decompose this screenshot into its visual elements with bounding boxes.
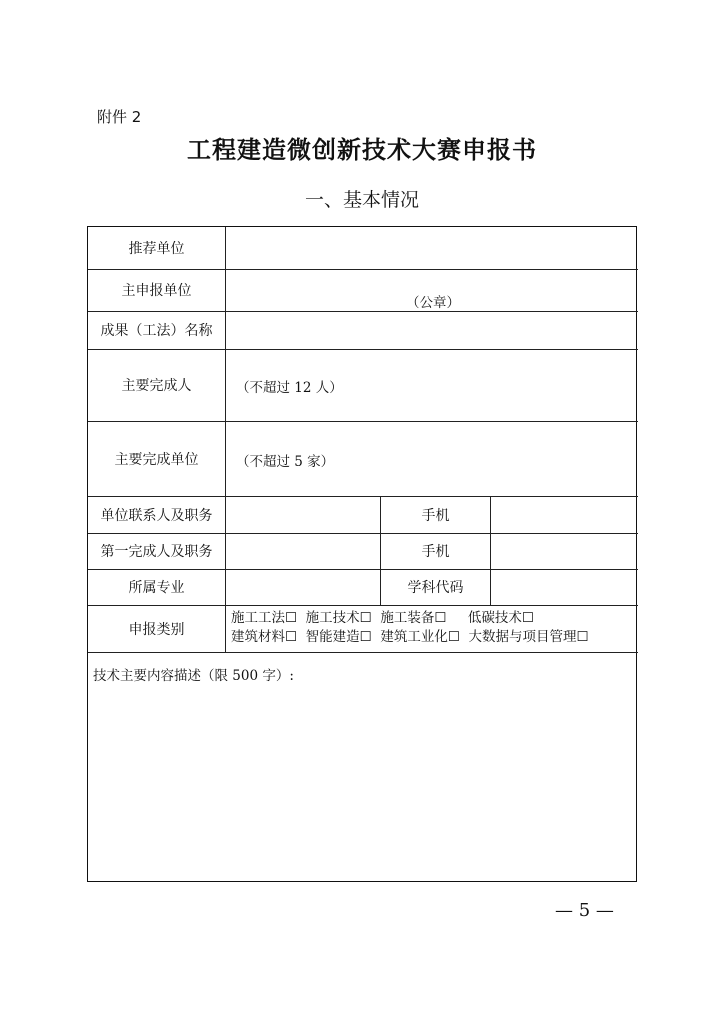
application-form-table: 推荐单位 主申报单位 （公章） 成果（工法）名称 主要完成人 （不超过 12 人… xyxy=(87,226,637,882)
label-first-completer: 第一完成人及职务 xyxy=(88,533,225,569)
label-specialty: 所属专业 xyxy=(88,569,225,605)
first-completer-field[interactable] xyxy=(226,533,380,569)
description-label: 技术主要内容描述（限 500 字）: xyxy=(93,664,294,684)
label-main-completers: 主要完成人 xyxy=(88,349,225,421)
subject-code-field[interactable] xyxy=(491,569,636,605)
category-checkboxes[interactable]: 施工工法☐ 施工技术☐ 施工装备☐ 低碳技术☐ 建筑材料☐ 智能建造☐ 建筑工业… xyxy=(231,609,589,647)
completers-limit-note: （不超过 12 人） xyxy=(236,376,343,396)
page-number: — 5 — xyxy=(555,900,614,921)
category-line-1[interactable]: 施工工法☐ 施工技术☐ 施工装备☐ 低碳技术☐ xyxy=(231,609,589,628)
label-achievement-name: 成果（工法）名称 xyxy=(88,311,225,349)
recommending-unit-field[interactable] xyxy=(226,227,636,269)
category-line-2[interactable]: 建筑材料☐ 智能建造☐ 建筑工业化☐ 大数据与项目管理☐ xyxy=(231,628,589,647)
label-recommending-unit: 推荐单位 xyxy=(88,227,225,269)
label-main-applicant: 主申报单位 xyxy=(88,269,225,311)
divider xyxy=(88,652,638,653)
units-limit-note: （不超过 5 家） xyxy=(236,450,334,470)
label-category: 申报类别 xyxy=(88,605,225,652)
label-first-completer-phone: 手机 xyxy=(381,533,490,569)
contact-field[interactable] xyxy=(226,496,380,533)
specialty-field[interactable] xyxy=(226,569,380,605)
contact-phone-field[interactable] xyxy=(491,496,636,533)
description-field[interactable] xyxy=(88,687,636,880)
section-title: 一、基本情况 xyxy=(0,185,724,212)
label-main-units: 主要完成单位 xyxy=(88,421,225,496)
first-completer-phone-field[interactable] xyxy=(491,533,636,569)
page-title: 工程建造微创新技术大赛申报书 xyxy=(0,130,724,165)
attachment-label: 附件 2 xyxy=(97,106,141,127)
label-subject-code: 学科代码 xyxy=(381,569,490,605)
official-seal-note: （公章） xyxy=(406,291,460,311)
label-contact-phone: 手机 xyxy=(381,496,490,533)
achievement-name-field[interactable] xyxy=(226,311,636,349)
label-contact: 单位联系人及职务 xyxy=(88,496,225,533)
